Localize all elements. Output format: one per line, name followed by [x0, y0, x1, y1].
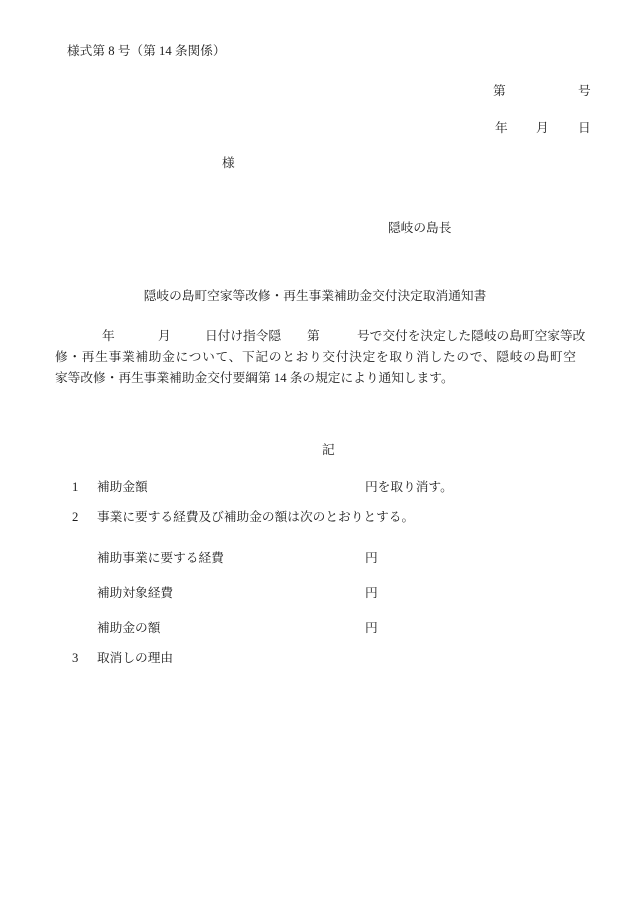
item-3-label: 取消しの理由	[97, 651, 173, 665]
body-line1-rest: 号で交付を決定した隠岐の島町空家等改	[357, 329, 585, 343]
sub-item-1-unit: 円	[365, 551, 378, 565]
item-1-label: 補助金額	[97, 480, 148, 494]
document-page: 様式第 8 号（第 14 条関係） 第 号 年 月 日 様 隠岐の島長 隠岐の島…	[0, 0, 630, 903]
document-title: 隠岐の島町空家等改修・再生事業補助金交付決定取消通知書	[0, 289, 630, 303]
body-line1-month: 月	[158, 329, 171, 343]
doc-number-prefix: 第	[493, 84, 506, 98]
form-number-label: 様式第 8 号（第 14 条関係）	[67, 44, 226, 58]
sender-title: 隠岐の島長	[388, 221, 451, 235]
sub-item-3-unit: 円	[365, 621, 378, 635]
body-line2: 修・再生事業補助金について、下記のとおり交付決定を取り消したので、隠岐の島町空	[55, 350, 576, 364]
item-2-label: 事業に要する経費及び補助金の額は次のとおりとする。	[97, 510, 414, 524]
item-3-number: 3	[72, 651, 78, 665]
body-line1-no-prefix: 第	[307, 329, 320, 343]
body-line1-directive: 日付け指令隠	[205, 329, 281, 343]
sub-item-2-label: 補助対象経費	[97, 586, 173, 600]
recipient-honorific: 様	[222, 156, 235, 170]
note-marker: 記	[322, 443, 335, 457]
sub-item-1-label: 補助事業に要する経費	[97, 551, 224, 565]
sub-item-3-label: 補助金の額	[97, 621, 160, 635]
date-year-label: 年	[495, 121, 508, 135]
item-1-value-suffix: 円を取り消す。	[365, 480, 453, 494]
body-line1-year: 年	[102, 329, 115, 343]
date-day-label: 日	[578, 121, 591, 135]
date-month-label: 月	[536, 121, 549, 135]
item-1-number: 1	[72, 480, 78, 494]
doc-number-suffix: 号	[578, 84, 591, 98]
item-2-number: 2	[72, 510, 78, 524]
body-line3: 家等改修・再生事業補助金交付要綱第 14 条の規定により通知します。	[55, 371, 454, 385]
sub-item-2-unit: 円	[365, 586, 378, 600]
